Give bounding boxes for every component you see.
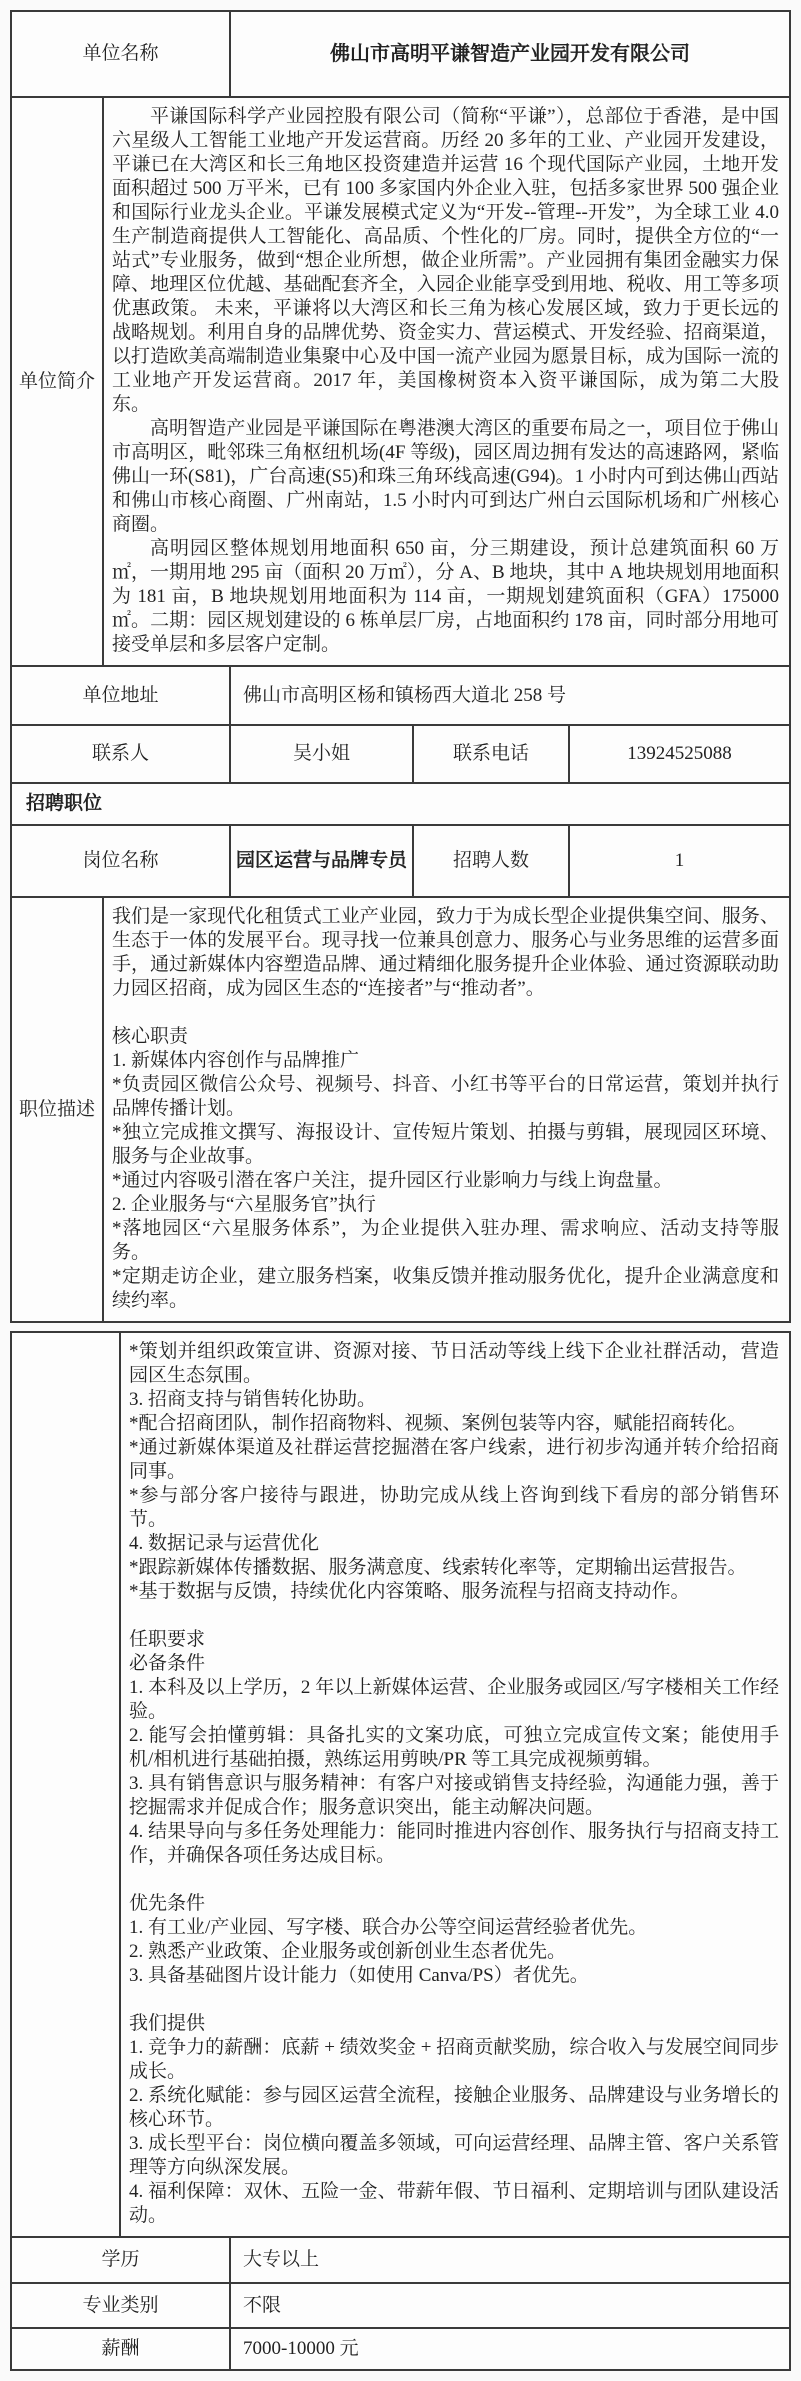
row-recruitment-section: 招聘职位	[12, 782, 789, 824]
position-label: 岗位名称	[12, 826, 229, 896]
text-line: 我们提供	[129, 2012, 779, 2036]
text-line: 4. 福利保障：双休、五险一金、带薪年假、节日福利、定期培训与团队建设活动。	[129, 2180, 779, 2228]
company-name-value: 佛山市高明平谦智造产业园开发有限公司	[229, 12, 789, 96]
text-line: 我们是一家现代化租赁式工业产业园，致力于为成长型企业提供集空间、服务、生态于一体…	[112, 905, 779, 1001]
text-line: 1. 新媒体内容创作与品牌推广	[112, 1049, 779, 1073]
company-intro-label: 单位简介	[12, 98, 102, 665]
text-line: 3. 具有销售意识与服务精神：有客户对接或销售支持经验，沟通能力强，善于挖掘需求…	[129, 1772, 779, 1820]
row-company-intro: 单位简介 平谦国际科学产业园控股有限公司（简称“平谦”），总部位于香港，是中国六…	[12, 96, 789, 665]
paragraph: 高明园区整体规划用地面积 650 亩，分三期建设，预计总建筑面积 60 万㎡，一…	[112, 537, 779, 657]
text-line: 2. 能写会拍懂剪辑：具备扎实的文案功底，可独立完成宣传文案；能使用手机/相机进…	[129, 1724, 779, 1772]
row-company-name: 单位名称 佛山市高明平谦智造产业园开发有限公司	[12, 12, 789, 96]
major-category-value: 不限	[229, 2284, 789, 2327]
text-line: *跟踪新媒体传播数据、服务满意度、线索转化率等，定期输出运营报告。	[129, 1556, 779, 1580]
text-line: 1. 本科及以上学历，2 年以上新媒体运营、企业服务或园区/写字楼相关工作经验。	[129, 1676, 779, 1724]
salary-value: 7000-10000 元	[229, 2329, 789, 2369]
contact-name-value: 吴小姐	[229, 726, 412, 782]
phone-label: 联系电话	[412, 726, 568, 782]
text-line: 优先条件	[129, 1892, 779, 1916]
text-line	[129, 1868, 779, 1892]
job-description-part2-text: *策划并组织政策宣讲、资源对接、节日活动等线上线下企业社群活动，营造园区生态氛围…	[119, 1333, 789, 2236]
text-line: 4. 数据记录与运营优化	[129, 1532, 779, 1556]
text-line: 3. 成长型平台：岗位横向覆盖多领域，可向运营经理、品牌主管、客户关系管理等方向…	[129, 2132, 779, 2180]
text-line: *策划并组织政策宣讲、资源对接、节日活动等线上线下企业社群活动，营造园区生态氛围…	[129, 1340, 779, 1388]
text-line	[129, 1604, 779, 1628]
headcount-label: 招聘人数	[412, 826, 568, 896]
text-line: 任职要求	[129, 1628, 779, 1652]
headcount-value: 1	[568, 826, 789, 896]
row-job-description-part2: *策划并组织政策宣讲、资源对接、节日活动等线上线下企业社群活动，营造园区生态氛围…	[12, 1333, 789, 2236]
text-line: *通过内容吸引潜在客户关注，提升园区行业影响力与线上询盘量。	[112, 1169, 779, 1193]
text-line	[112, 1001, 779, 1025]
text-line: 3. 招商支持与销售转化协助。	[129, 1388, 779, 1412]
education-label: 学历	[12, 2238, 229, 2282]
job-details-table: *策划并组织政策宣讲、资源对接、节日活动等线上线下企业社群活动，营造园区生态氛围…	[10, 1331, 791, 2371]
text-line: 核心职责	[112, 1025, 779, 1049]
text-line: *配合招商团队，制作招商物料、视频、案例包装等内容，赋能招商转化。	[129, 1412, 779, 1436]
text-line: 2. 企业服务与“六星服务官”执行	[112, 1193, 779, 1217]
text-line: *参与部分客户接待与跟进，协助完成从线上咨询到线下看房的部分销售环节。	[129, 1484, 779, 1532]
position-value: 园区运营与品牌专员	[229, 826, 412, 896]
row-company-address: 单位地址 佛山市高明区杨和镇杨西大道北 258 号	[12, 665, 789, 724]
job-posting-document: 单位名称 佛山市高明平谦智造产业园开发有限公司 单位简介 平谦国际科学产业园控股…	[0, 0, 801, 2381]
text-line: *基于数据与反馈，持续优化内容策略、服务流程与招商支持动作。	[129, 1580, 779, 1604]
text-line: *落地园区“六星服务体系”，为企业提供入驻办理、需求响应、活动支持等服务。	[112, 1217, 779, 1265]
row-job-description-part1: 职位描述 我们是一家现代化租赁式工业产业园，致力于为成长型企业提供集空间、服务、…	[12, 896, 789, 1321]
row-salary: 薪酬 7000-10000 元	[12, 2327, 789, 2369]
job-description-continued-label	[12, 1333, 119, 2236]
major-category-label: 专业类别	[12, 2284, 229, 2327]
text-line: 1. 有工业/产业园、写字楼、联合办公等空间运营经验者优先。	[129, 1916, 779, 1940]
text-line: *负责园区微信公众号、视频号、抖音、小红书等平台的日常运营，策划并执行品牌传播计…	[112, 1073, 779, 1121]
company-info-table: 单位名称 佛山市高明平谦智造产业园开发有限公司 单位简介 平谦国际科学产业园控股…	[10, 10, 791, 1323]
page-break-gap	[0, 1323, 801, 1331]
text-line: 必备条件	[129, 1652, 779, 1676]
company-address-value: 佛山市高明区杨和镇杨西大道北 258 号	[229, 667, 789, 724]
company-intro-text: 平谦国际科学产业园控股有限公司（简称“平谦”），总部位于香港，是中国六星级人工智…	[102, 98, 789, 665]
job-description-label: 职位描述	[12, 898, 102, 1321]
education-value: 大专以上	[229, 2238, 789, 2282]
text-line: 1. 竞争力的薪酬：底薪 + 绩效奖金 + 招商贡献奖励，综合收入与发展空间同步…	[129, 2036, 779, 2084]
text-line: *独立完成推文撰写、海报设计、宣传短片策划、拍摄与剪辑，展现园区环境、服务与企业…	[112, 1121, 779, 1169]
text-line	[129, 1988, 779, 2012]
text-line: 4. 结果导向与多任务处理能力：能同时推进内容创作、服务执行与招商支持工作，并确…	[129, 1820, 779, 1868]
company-address-label: 单位地址	[12, 667, 229, 724]
job-description-part1-text: 我们是一家现代化租赁式工业产业园，致力于为成长型企业提供集空间、服务、生态于一体…	[102, 898, 789, 1321]
row-contact: 联系人 吴小姐 联系电话 13924525088	[12, 724, 789, 782]
row-education: 学历 大专以上	[12, 2236, 789, 2282]
recruitment-section-title: 招聘职位	[12, 784, 789, 824]
salary-label: 薪酬	[12, 2329, 229, 2369]
row-major-category: 专业类别 不限	[12, 2282, 789, 2327]
text-line: *通过新媒体渠道及社群运营挖掘潜在客户线索，进行初步沟通并转介给招商同事。	[129, 1436, 779, 1484]
phone-value: 13924525088	[568, 726, 789, 782]
contact-label: 联系人	[12, 726, 229, 782]
paragraph: 平谦国际科学产业园控股有限公司（简称“平谦”），总部位于香港，是中国六星级人工智…	[112, 105, 779, 417]
text-line: *定期走访企业，建立服务档案，收集反馈并推动服务优化，提升企业满意度和续约率。	[112, 1265, 779, 1313]
paragraph: 高明智造产业园是平谦国际在粤港澳大湾区的重要布局之一，项目位于佛山市高明区，毗邻…	[112, 417, 779, 537]
text-line: 2. 系统化赋能：参与园区运营全流程，接触企业服务、品牌建设与业务增长的核心环节…	[129, 2084, 779, 2132]
text-line: 3. 具备基础图片设计能力（如使用 Canva/PS）者优先。	[129, 1964, 779, 1988]
text-line: 2. 熟悉产业政策、企业服务或创新创业生态者优先。	[129, 1940, 779, 1964]
row-position: 岗位名称 园区运营与品牌专员 招聘人数 1	[12, 824, 789, 896]
company-name-label: 单位名称	[12, 12, 229, 96]
